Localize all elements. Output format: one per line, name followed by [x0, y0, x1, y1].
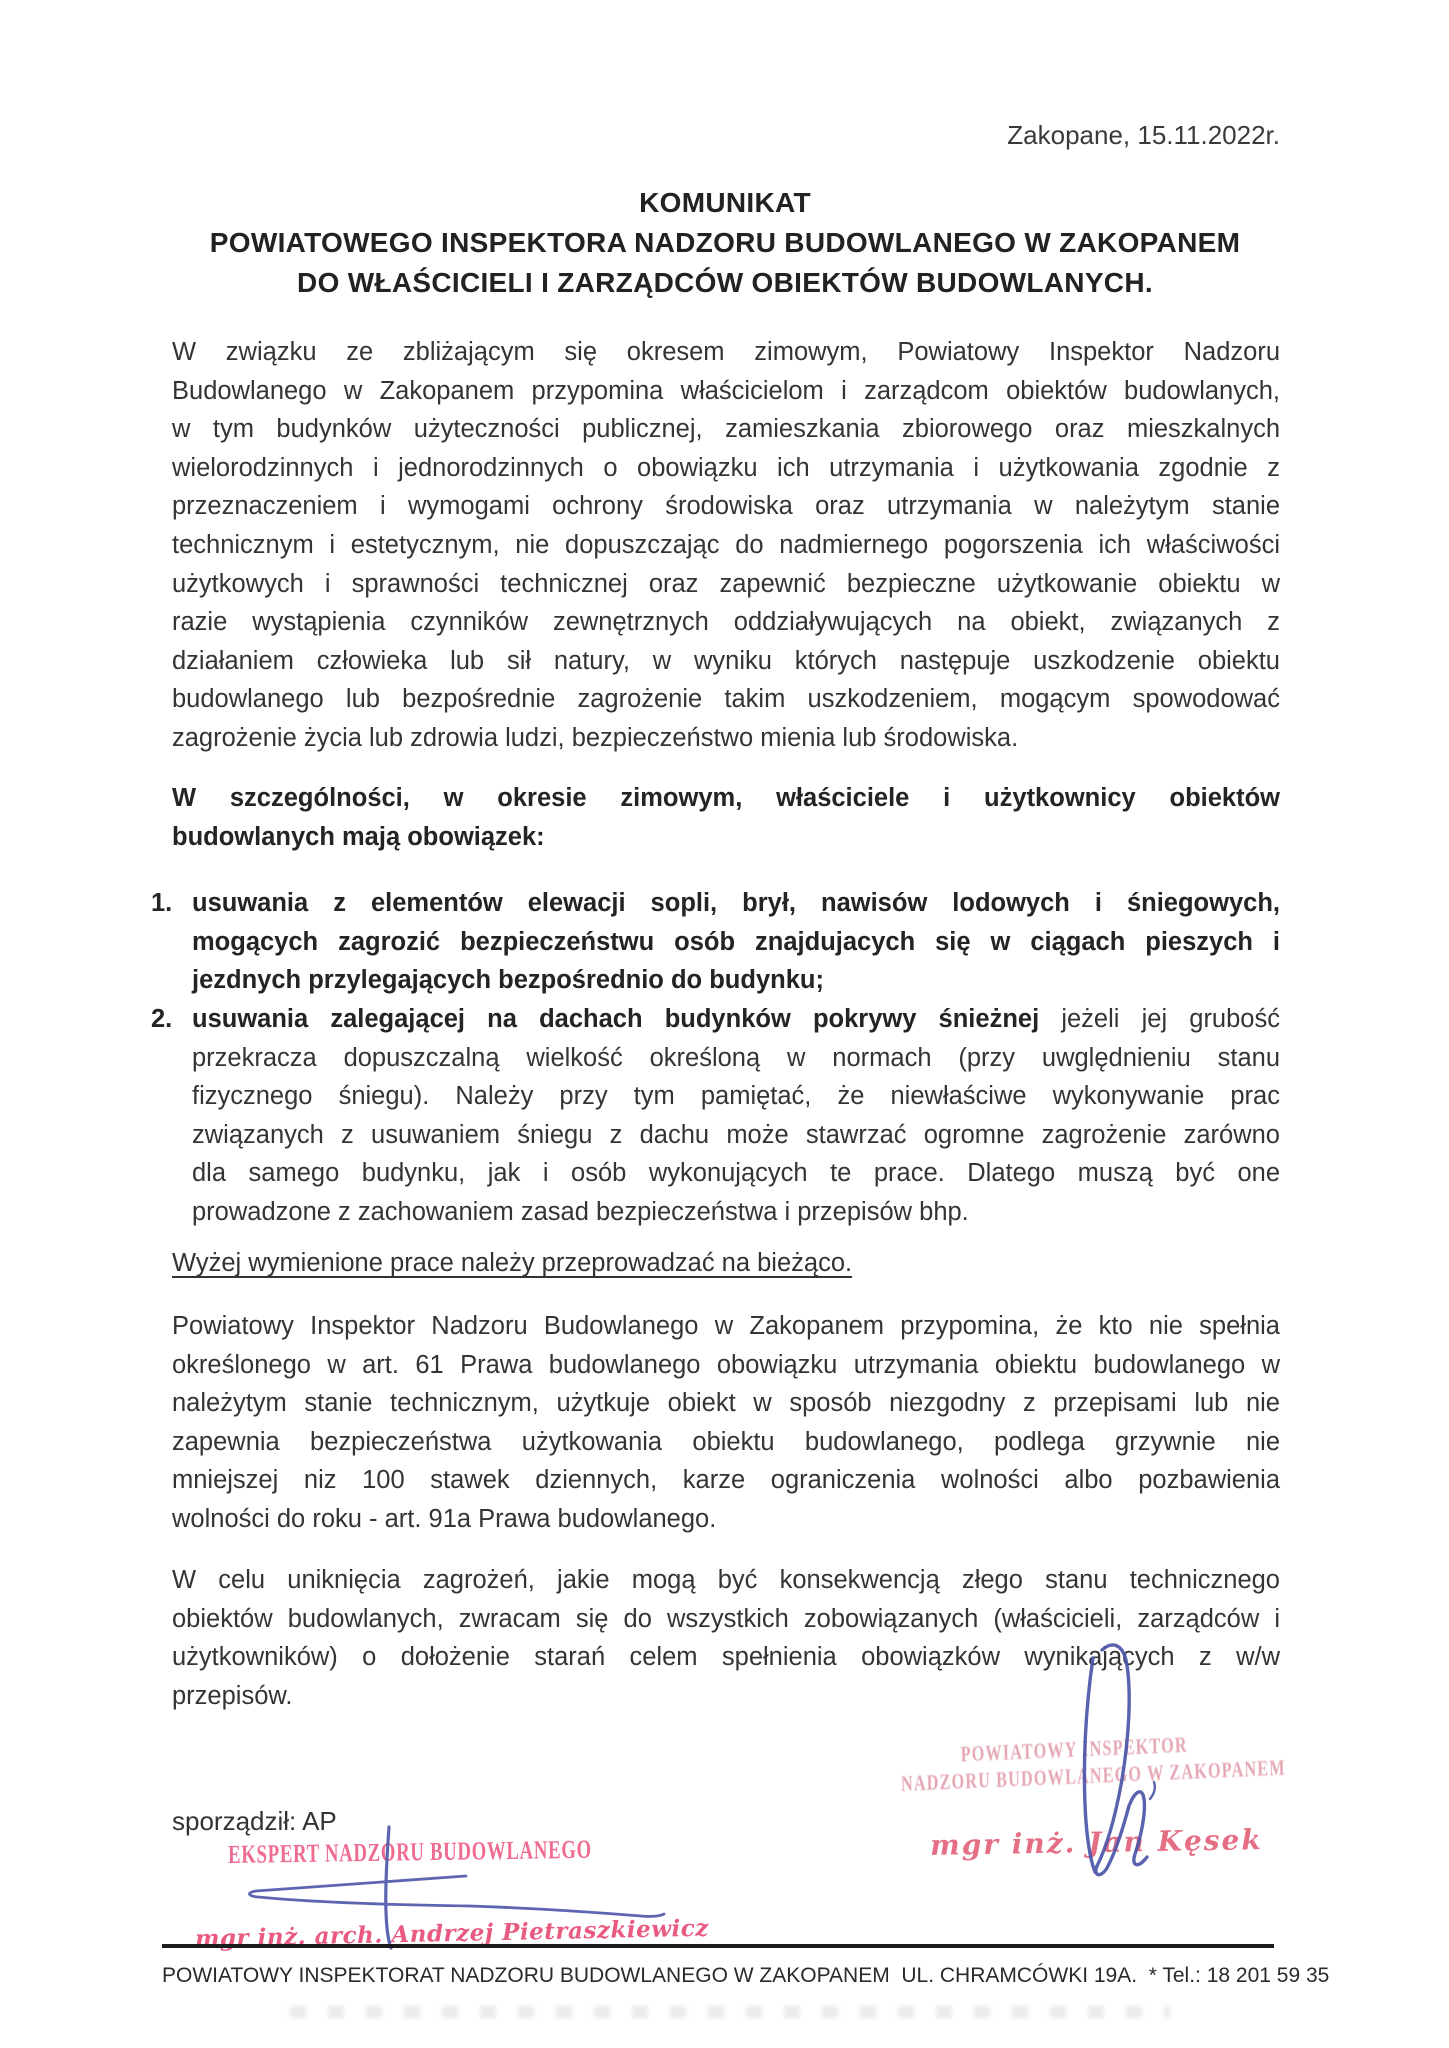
scanned-document-page: Zakopane, 15.11.2022r. KOMUNIKAT POWIATO…	[0, 0, 1449, 2048]
underlined-statement: Wyżej wymienione prace należy przeprowad…	[172, 1244, 1280, 1283]
title-line-issuer: POWIATOWEGO INSPEKTORA NADZORU BUDOWLANE…	[150, 223, 1300, 263]
list-item-2-bold-lead: usuwania zalegającej na dachach budynków…	[192, 1005, 1039, 1033]
footer-divider	[162, 1944, 1274, 1948]
list-item-2-first-line-rest: jeżeli jej grubość	[1061, 1005, 1280, 1033]
paragraph-appeal: W celu uniknięcia zagrożeń, jakie mogą b…	[172, 1561, 1280, 1715]
date-line: Zakopane, 15.11.2022r.	[170, 120, 1280, 151]
list-item-2-number: 2.	[151, 1000, 192, 1232]
list-item-1-number: 1.	[151, 884, 192, 1000]
list-item-2-continuation: przekracza dopuszczalną wielkość określo…	[192, 1039, 1280, 1232]
inspector-office-stamp: POWIATOWY INSPEKTOR NADZORU BUDOWLANEGO …	[900, 1728, 1249, 1797]
list-item-1-text: usuwania z elementów elewacji sopli, bry…	[192, 884, 1280, 1000]
paragraph-emphasis: W szczególności, w okresie zimowym, właś…	[172, 779, 1280, 856]
list-item-2-text: usuwania zalegającej na dachach budynków…	[192, 1000, 1280, 1232]
document-title: KOMUNIKAT POWIATOWEGO INSPEKTORA NADZORU…	[150, 183, 1300, 303]
paragraph-intro: W związku ze zbliżającym się okresem zim…	[172, 333, 1280, 758]
expert-stamp: EKSPERT NADZORU BUDOWLANEGO	[228, 1835, 592, 1870]
prepared-by: sporządził: AP	[172, 1806, 337, 1837]
list-item-2: 2. usuwania zalegającej na dachach budyn…	[151, 1000, 1280, 1232]
list-item-1: 1. usuwania z elementów elewacji sopli, …	[151, 884, 1280, 1000]
page-bleed-through-artifact	[290, 2006, 1170, 2018]
list-item-2-first-line: usuwania zalegającej na dachach budynków…	[192, 1000, 1280, 1039]
title-line-addressees: DO WŁAŚCICIELI I ZARZĄDCÓW OBIEKTÓW BUDO…	[150, 263, 1300, 303]
title-line-komunikat: KOMUNIKAT	[150, 183, 1300, 223]
paragraph-penalty: Powiatowy Inspektor Nadzoru Budowlanego …	[172, 1307, 1280, 1539]
footer-address: POWIATOWY INSPEKTORAT NADZORU BUDOWLANEG…	[162, 1964, 1274, 1988]
inspector-name-stamp: mgr inż. Jan Kęsek	[930, 1823, 1263, 1862]
